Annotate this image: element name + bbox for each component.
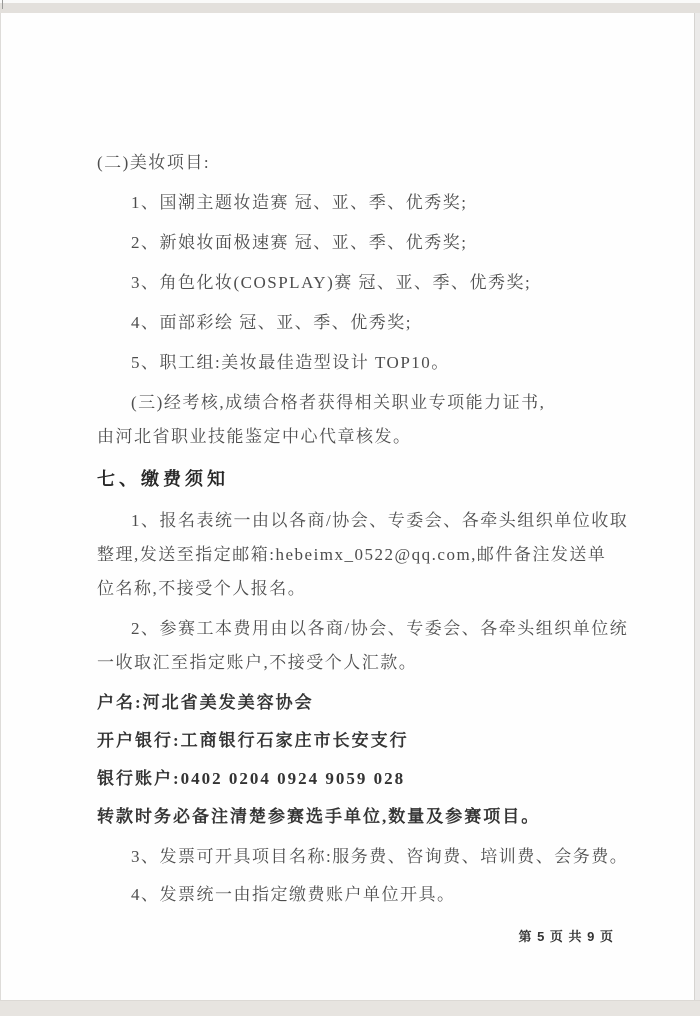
payment-para-2-line-1: 2、参赛工本费用由以各商/协会、专委会、各牵头组织单位统 bbox=[97, 612, 614, 646]
page-number: 第 5 页 共 9 页 bbox=[97, 926, 614, 945]
award-item-1: 1、国潮主题妆造赛 冠、亚、季、优秀奖; bbox=[97, 186, 614, 220]
bank-account-line: 银行账户:0402 0204 0924 9059 028 bbox=[97, 762, 614, 796]
subsection-certificate-line-2: 由河北省职业技能鉴定中心代章核发。 bbox=[97, 420, 614, 454]
page-gap-bottom bbox=[0, 1000, 700, 1016]
award-item-4: 4、面部彩绘 冠、亚、季、优秀奖; bbox=[97, 306, 614, 340]
invoice-item-3: 3、发票可开具项目名称:服务费、咨询费、培训费、会务费。 bbox=[97, 840, 614, 874]
award-item-2: 2、新娘妆面极速赛 冠、亚、季、优秀奖; bbox=[97, 226, 614, 260]
payment-para-1-line-2: 整理,发送至指定邮箱:hebeimx_0522@qq.com,邮件备注发送单 bbox=[97, 538, 614, 572]
subsection-beauty-projects: (二)美妆项目: bbox=[97, 146, 614, 180]
award-item-5: 5、职工组:美妆最佳造型设计 TOP10。 bbox=[97, 346, 614, 380]
payment-para-2-line-2: 一收取汇至指定账户,不接受个人汇款。 bbox=[97, 646, 614, 680]
payment-para-1-line-3: 位名称,不接受个人报名。 bbox=[97, 572, 614, 606]
bank-branch-line: 开户银行:工商银行石家庄市长安支行 bbox=[97, 724, 614, 758]
account-name-line: 户名:河北省美发美容协会 bbox=[97, 686, 614, 720]
invoice-item-4: 4、发票统一由指定缴费账户单位开具。 bbox=[97, 878, 614, 912]
payment-para-1-line-1: 1、报名表统一由以各商/协会、专委会、各牵头组织单位收取 bbox=[97, 504, 614, 538]
subsection-certificate-line-1: (三)经考核,成绩合格者获得相关职业专项能力证书, bbox=[97, 386, 614, 420]
award-item-3: 3、角色化妆(COSPLAY)赛 冠、亚、季、优秀奖; bbox=[97, 266, 614, 300]
document-content: (二)美妆项目: 1、国潮主题妆造赛 冠、亚、季、优秀奖; 2、新娘妆面极速赛 … bbox=[0, 0, 694, 945]
heading-payment-notice: 七、缴费须知 bbox=[97, 462, 614, 496]
transfer-note-line: 转款时务必备注清楚参赛选手单位,数量及参赛项目。 bbox=[97, 800, 614, 834]
page-edge-strip bbox=[694, 13, 700, 1000]
